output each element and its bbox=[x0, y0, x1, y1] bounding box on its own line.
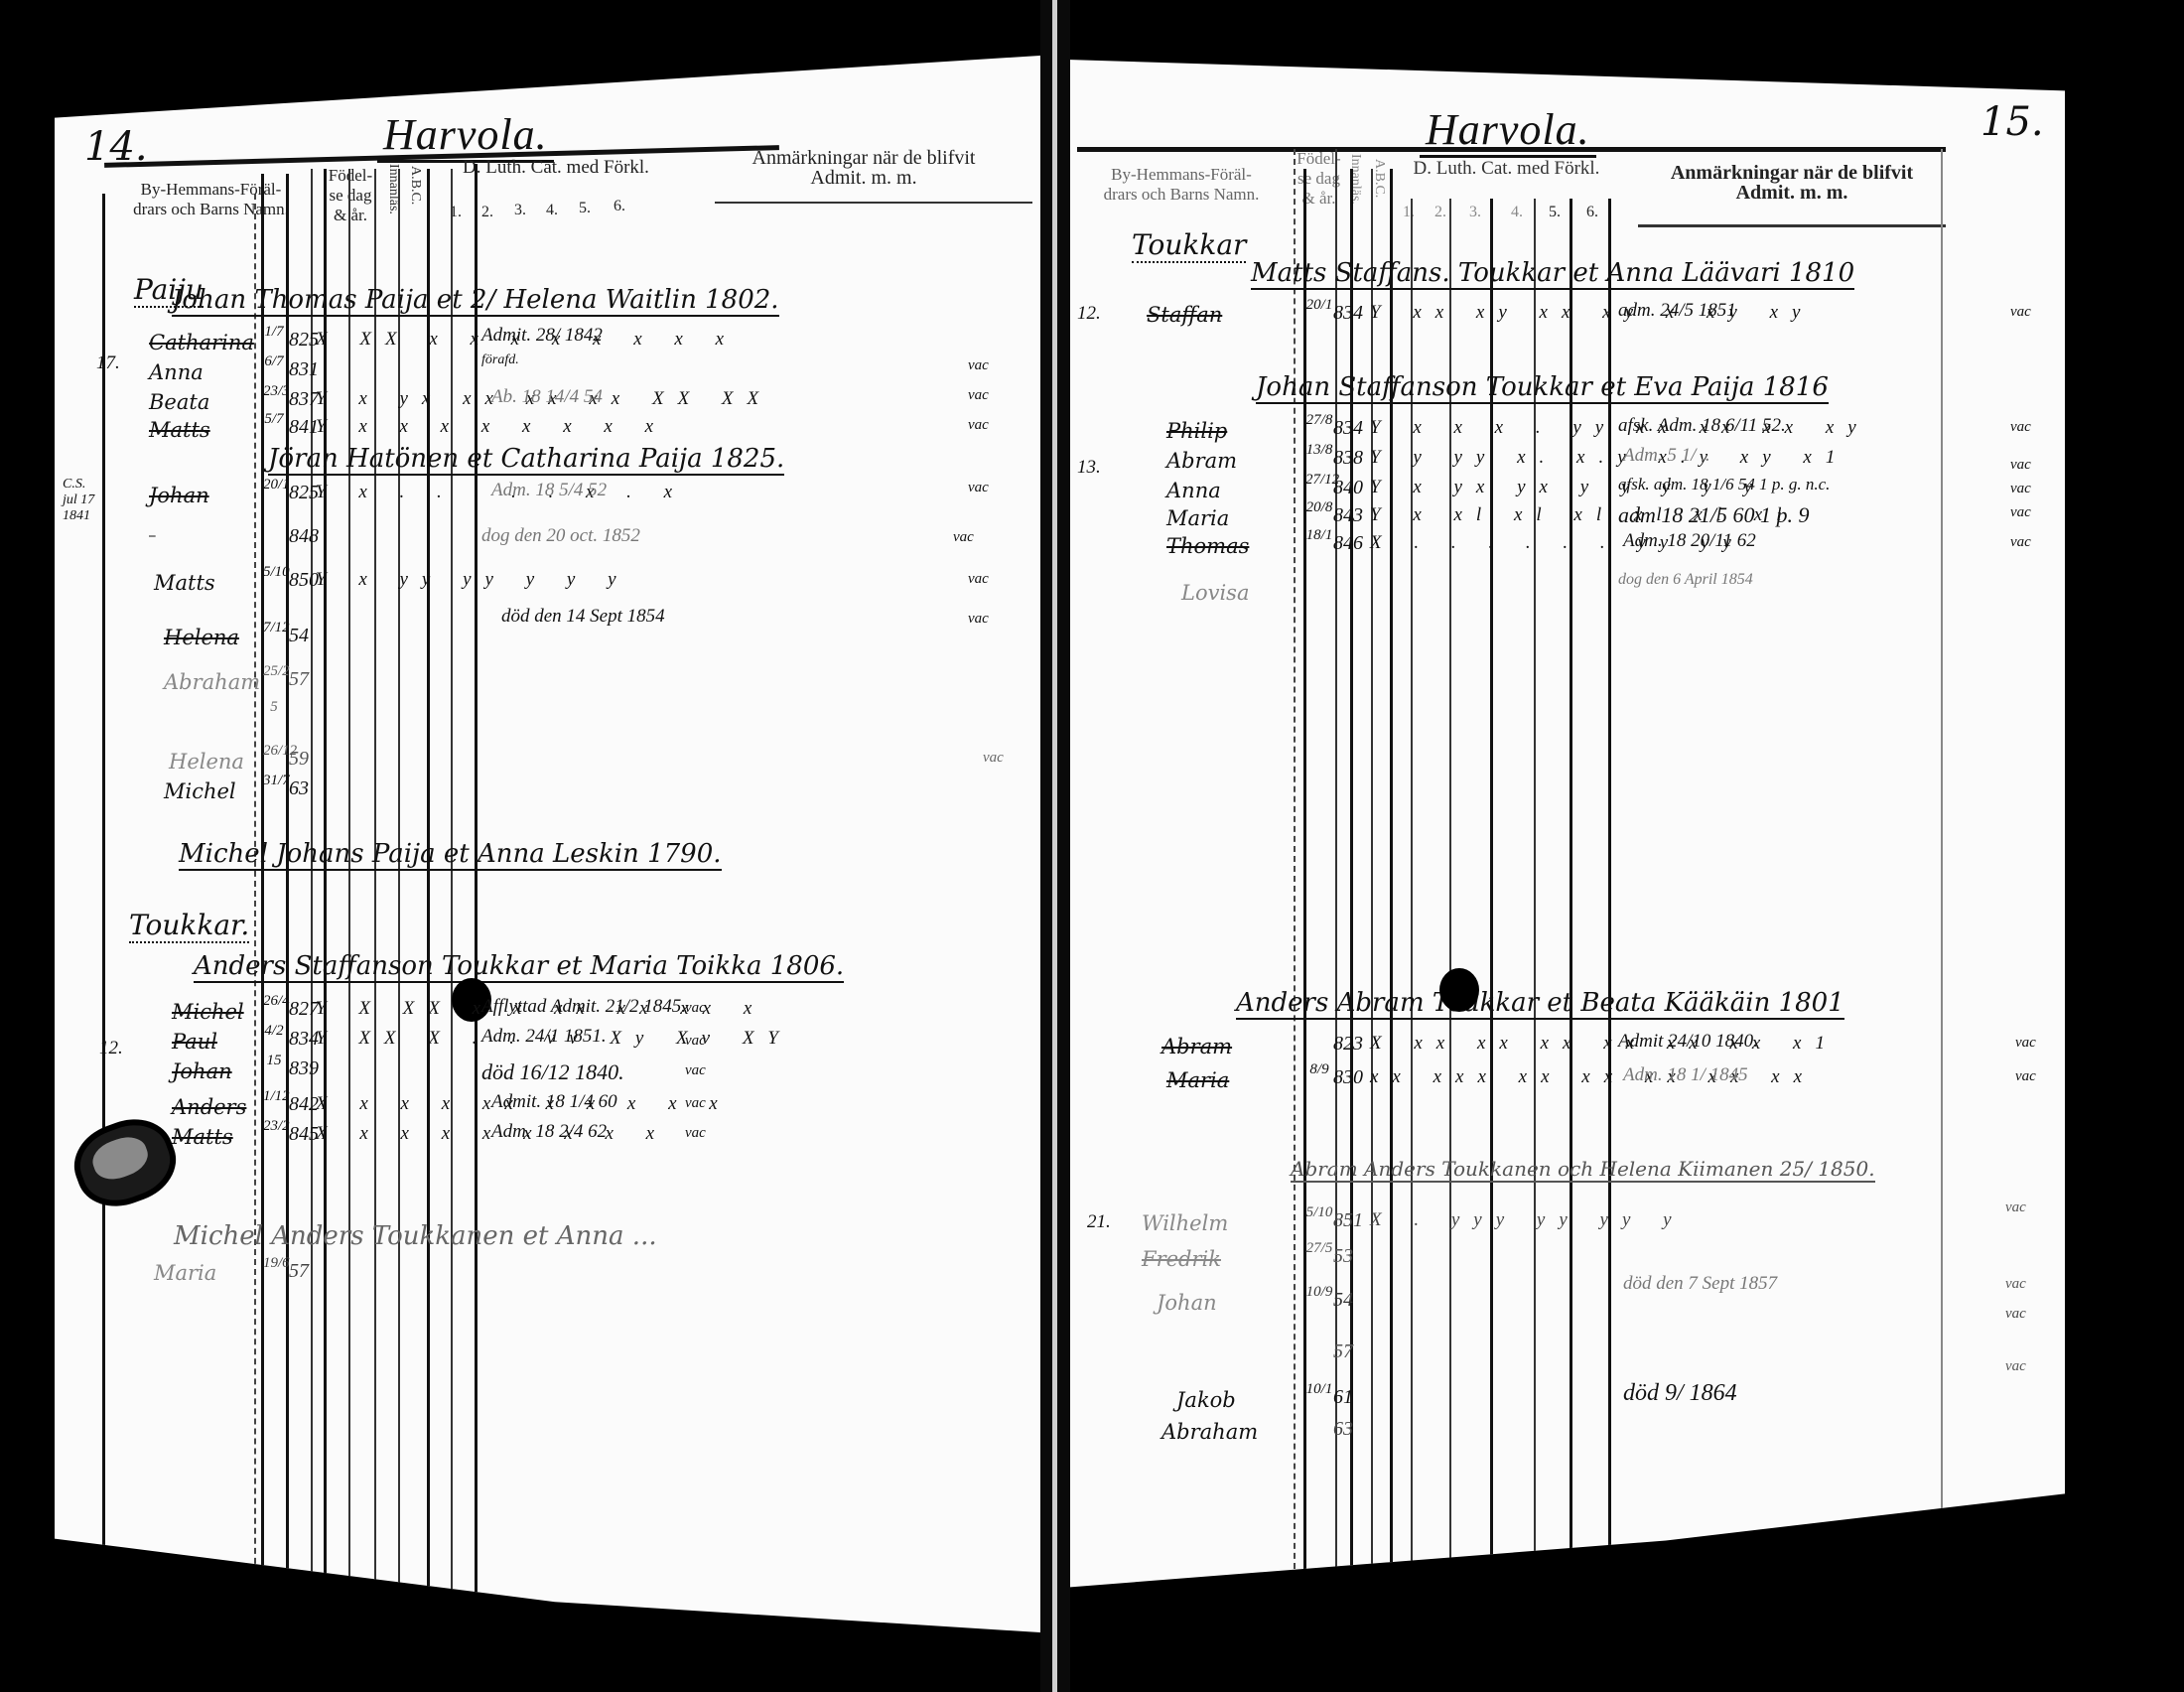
birth-year: 831 bbox=[289, 358, 319, 381]
family-heading: Abram Anders Toukkanen och Helena Kiiman… bbox=[1291, 1157, 1875, 1183]
column-line bbox=[102, 194, 105, 1614]
birth-day: 8/9 bbox=[1305, 1062, 1333, 1077]
birth-year: 834 bbox=[1333, 417, 1363, 440]
birth-year: 843 bbox=[1333, 504, 1363, 527]
member-name: Michel bbox=[164, 779, 236, 803]
member-name: Johan bbox=[149, 484, 209, 507]
member-name: Lovisa bbox=[1181, 581, 1249, 605]
margin-note: 17. bbox=[96, 352, 120, 374]
catechism-col-6: 6. bbox=[1586, 204, 1598, 221]
margin-note: 13. bbox=[1077, 457, 1101, 479]
member-name: Matts bbox=[172, 1125, 233, 1149]
member-name: Michel bbox=[172, 1000, 244, 1024]
member-name: Matts bbox=[154, 571, 215, 595]
birth-day: 1/7 bbox=[263, 325, 285, 340]
family-heading: Johan Thomas Paija et 2/ Helena Waitlin … bbox=[172, 285, 779, 317]
vac-mark: vac bbox=[685, 1000, 706, 1017]
member-name bbox=[174, 706, 223, 730]
remark: Adm. 18 2/4 62 bbox=[491, 1121, 607, 1143]
birth-year: 851 bbox=[1333, 1209, 1363, 1232]
birth-day: 25/2 bbox=[263, 664, 285, 679]
vac-mark: vac bbox=[685, 1062, 706, 1079]
column-line bbox=[324, 169, 327, 1599]
birth-year: 63 bbox=[1333, 1418, 1353, 1441]
column-line bbox=[451, 169, 453, 1599]
remark: Ab. 18 14/4 54 bbox=[491, 386, 603, 408]
left-page: 14. Harvola. By-Hemmans-Föräl- drars och… bbox=[55, 55, 1055, 1633]
birth-year: 53 bbox=[1333, 1245, 1353, 1268]
birth-day: 13/8 bbox=[1305, 443, 1333, 458]
catechism-col-4: 4. bbox=[1511, 204, 1523, 221]
header-remarks-rule bbox=[1638, 224, 1946, 227]
catechism-col-3: 3. bbox=[514, 202, 526, 219]
remark: Adm. 18 1/ 1845 bbox=[1623, 1064, 1748, 1086]
birth-year: 834 bbox=[289, 1028, 319, 1051]
remark: Adm. 18 5/4 52 bbox=[491, 480, 607, 501]
birth-day: 31/7 bbox=[263, 774, 285, 788]
member-name: Abraham bbox=[164, 670, 260, 694]
birth-year: 840 bbox=[1333, 477, 1363, 499]
header-rule bbox=[1077, 147, 1946, 152]
family-heading: Michel Anders Toukkanen et Anna ... bbox=[174, 1221, 657, 1253]
member-name: Helena bbox=[164, 626, 239, 649]
vac-mark: vac bbox=[2005, 1276, 2026, 1293]
remark: död den 14 Sept 1854 bbox=[501, 606, 665, 628]
birth-year: 61 bbox=[1333, 1386, 1353, 1409]
remark: Afflyttad Admit. 21/2 1845. bbox=[481, 996, 686, 1018]
remark: Admit. 18 1/4 60 bbox=[491, 1091, 617, 1113]
member-name: Paul bbox=[172, 1030, 217, 1054]
birth-day: 18/1 bbox=[1305, 528, 1333, 543]
member-name bbox=[149, 523, 238, 547]
remark: Admit. 28/ 1842 bbox=[481, 325, 603, 347]
family-heading: Jöran Hatönen et Catharina Paija 1825. bbox=[268, 444, 784, 476]
member-name: Anna bbox=[149, 360, 204, 384]
birth-year: 827 bbox=[289, 998, 319, 1021]
birth-year: 830 bbox=[1333, 1066, 1363, 1089]
remark: Adm. 18 20/11 62 bbox=[1623, 530, 1756, 552]
vac-mark: vac bbox=[968, 480, 989, 496]
remark: adm 18 21/5 60 1 p. 9 bbox=[1618, 502, 1810, 528]
column-line bbox=[1335, 149, 1337, 1589]
header-birth: Födel- se dag & år. bbox=[321, 166, 380, 225]
member-name: Matts bbox=[149, 418, 210, 442]
birth-day: 20/1 bbox=[263, 478, 285, 493]
vac-mark: vac bbox=[2010, 504, 2031, 521]
birth-day: 20/1 bbox=[1305, 298, 1333, 313]
margin-note: C.S. jul 17 1841 bbox=[63, 477, 102, 524]
vac-mark: vac bbox=[953, 529, 974, 546]
column-line bbox=[311, 169, 313, 1599]
birth-year: 823 bbox=[1333, 1033, 1363, 1056]
vac-mark: vac bbox=[2010, 534, 2031, 551]
vac-mark: vac bbox=[983, 750, 1004, 767]
vac-mark: vac bbox=[2010, 304, 2031, 321]
vac-mark: vac bbox=[2005, 1199, 2026, 1216]
column-line bbox=[1411, 199, 1413, 1599]
family-heading: Michel Johans Paija et Anna Leskin 1790. bbox=[179, 839, 722, 871]
birth-year: 57 bbox=[1333, 1340, 1353, 1363]
column-line bbox=[427, 169, 430, 1599]
birth-day: 19/6 bbox=[263, 1256, 285, 1271]
birth-day: 20/8 bbox=[1305, 500, 1333, 515]
birth-day: 5 bbox=[263, 700, 285, 715]
vac-mark: vac bbox=[968, 571, 989, 588]
member-name: Anders bbox=[172, 1095, 246, 1119]
binding-thread bbox=[1052, 0, 1057, 1692]
member-name: Wilhelm bbox=[1142, 1211, 1228, 1235]
remark: dog den 20 oct. 1852 bbox=[481, 525, 640, 547]
birth-year: 834 bbox=[1333, 302, 1363, 325]
birth-year: 57 bbox=[289, 1260, 309, 1283]
member-name: Beata bbox=[149, 390, 209, 414]
member-name: Abram bbox=[1161, 1035, 1232, 1058]
catechism-col-2: 2. bbox=[481, 204, 493, 221]
birth-year: 838 bbox=[1333, 447, 1363, 470]
family-heading: Johan Staffanson Toukkar et Eva Paija 18… bbox=[1256, 372, 1829, 404]
vac-mark: vac bbox=[2010, 481, 2031, 497]
column-line bbox=[1570, 199, 1572, 1599]
catechism-col-6: 6. bbox=[614, 198, 625, 215]
column-line bbox=[374, 169, 376, 1599]
birth-year: 842 bbox=[289, 1093, 319, 1116]
vac-mark: vac bbox=[2010, 457, 2031, 474]
member-name: Fredrik bbox=[1142, 1247, 1221, 1271]
column-line bbox=[1608, 199, 1611, 1599]
vac-mark: vac bbox=[968, 611, 989, 628]
birth-year: 63 bbox=[289, 777, 309, 800]
remark: förafd. bbox=[481, 352, 519, 368]
header-names: By-Hemmans-Föräl- drars och Barns Namn. bbox=[1072, 165, 1291, 205]
vac-mark: vac bbox=[685, 1125, 706, 1142]
birth-year: 54 bbox=[289, 625, 309, 647]
catechism-col-5: 5. bbox=[1549, 204, 1561, 221]
birth-day: 4/2 bbox=[263, 1024, 285, 1039]
remark: död 9/ 1864 bbox=[1623, 1380, 1737, 1407]
header-remarks-rule bbox=[715, 202, 1032, 204]
birth-day: 1/12 bbox=[263, 1089, 285, 1104]
header-abc: A.B.C. bbox=[407, 166, 423, 205]
column-line bbox=[1941, 149, 1943, 1599]
birth-day: 23/2 bbox=[263, 1119, 285, 1134]
vac-mark: vac bbox=[2015, 1035, 2036, 1052]
homestead-heading: Toukkar. bbox=[129, 909, 249, 943]
family-heading: Anders Abram Toukkar et Beata Kääkäin 18… bbox=[1236, 988, 1844, 1020]
column-line bbox=[1534, 199, 1536, 1599]
remark: död 16/12 1840. bbox=[481, 1059, 624, 1085]
family-heading: Matts Staffans. Toukkar et Anna Läävari … bbox=[1251, 258, 1854, 290]
vac-mark: vac bbox=[968, 387, 989, 404]
birth-day: 27/12 bbox=[1305, 473, 1333, 488]
vac-mark: vac bbox=[968, 417, 989, 434]
remark: Adm. 24/1 1851. bbox=[481, 1026, 607, 1048]
remark: Admit 24/10 1840. bbox=[1618, 1031, 1758, 1053]
catechism-col-4: 4. bbox=[546, 202, 558, 219]
birth-year: 850 bbox=[289, 569, 319, 592]
catechism-marks: Y y yy x. x.y x.y xy x1 bbox=[1370, 447, 1848, 469]
birth-day: 27/5 bbox=[1305, 1241, 1333, 1256]
birth-day: 6/7 bbox=[263, 354, 285, 369]
column-line bbox=[475, 164, 478, 1594]
birth-year: 54 bbox=[1333, 1289, 1353, 1312]
member-name: Philip bbox=[1166, 419, 1227, 443]
margin-note: 12. bbox=[1077, 303, 1101, 325]
birth-year: 837 bbox=[289, 388, 319, 411]
birth-day: 5/10 bbox=[1305, 1205, 1333, 1220]
birth-day: 15 bbox=[263, 1054, 285, 1068]
remark: Adm. 5 1/ .. bbox=[1623, 445, 1710, 467]
catechism-col-2: 2. bbox=[1434, 204, 1446, 221]
catechism-marks: xx xxx xx xx xx xx xx bbox=[1370, 1066, 1816, 1088]
birth-day: 23/3 bbox=[263, 384, 285, 399]
member-name: Jakob bbox=[1176, 1388, 1236, 1412]
member-name: Johan bbox=[1157, 1291, 1217, 1315]
vac-mark: vac bbox=[685, 1095, 706, 1112]
remark: afsk. Adm. 18 6/11 52. bbox=[1618, 415, 1786, 437]
column-line bbox=[1449, 199, 1451, 1599]
vac-mark: vac bbox=[2010, 419, 2031, 436]
right-page: 15. Harvola. By-Hemmans-Föräl- drars och… bbox=[1067, 60, 2065, 1619]
member-name: Johan bbox=[172, 1059, 232, 1083]
margin-note: 12. bbox=[99, 1038, 123, 1059]
member-name: Maria bbox=[154, 1261, 216, 1285]
book-gutter bbox=[1040, 0, 1070, 1692]
member-name: Helena bbox=[169, 750, 244, 774]
column-line bbox=[398, 169, 400, 1599]
catechism-marks: X xx xx xx xx xx xx x1 bbox=[1370, 1033, 1839, 1055]
vac-mark: vac bbox=[2005, 1358, 2026, 1375]
birth-day: 26/4 bbox=[263, 994, 285, 1009]
catechism-col-3: 3. bbox=[1469, 204, 1481, 221]
member-name: Staffan bbox=[1147, 303, 1222, 327]
member-name: Abraham bbox=[1161, 1420, 1258, 1444]
header-catechism: D. Luth. Cat. med Förkl. bbox=[1385, 159, 1628, 179]
remark: dog den 6 April 1854 bbox=[1618, 571, 1753, 589]
remark: död den 7 Sept 1857 bbox=[1623, 1273, 1777, 1295]
homestead-heading: Toukkar bbox=[1132, 228, 1246, 263]
vac-mark: vac bbox=[2005, 1306, 2026, 1323]
birth-day: 7/12 bbox=[263, 621, 285, 635]
member-name: Maria bbox=[1166, 1068, 1229, 1092]
birth-year: 825 bbox=[289, 329, 319, 352]
birth-year: 841 bbox=[289, 416, 319, 439]
column-line bbox=[254, 194, 256, 1614]
member-name: Abram bbox=[1166, 449, 1237, 473]
birth-day: 27/8 bbox=[1305, 413, 1333, 428]
birth-day: 26/12 bbox=[263, 744, 285, 759]
catechism-marks: Y x x x x x x x x bbox=[316, 416, 667, 438]
member-name: Thomas bbox=[1166, 534, 1249, 558]
header-remarks: Anmärkningar när de blifvit Admit. m. m. bbox=[1633, 163, 1951, 203]
member-name: Catharina bbox=[149, 331, 254, 354]
column-line bbox=[1294, 149, 1296, 1589]
vac-mark: vac bbox=[685, 1033, 706, 1050]
birth-day: 10/9 bbox=[1305, 1285, 1333, 1300]
birth-year: 845 bbox=[289, 1123, 319, 1146]
birth-year: 848 bbox=[289, 525, 319, 548]
catechism-marks: Y xx xy xx xy x xy xy bbox=[1370, 302, 1814, 324]
birth-day: 5/7 bbox=[263, 412, 285, 427]
margin-note: 21. bbox=[1087, 1211, 1111, 1233]
catechism-col-5: 5. bbox=[579, 200, 591, 217]
birth-year: 825 bbox=[289, 482, 319, 504]
family-heading: Anders Staffanson Toukkar et Maria Toikk… bbox=[194, 951, 844, 983]
birth-year: 59 bbox=[289, 748, 309, 771]
remark: afsk. adm. 18 1/6 54 1 p. g. n.c. bbox=[1618, 475, 1830, 494]
birth-day: 10/1 bbox=[1305, 1382, 1333, 1397]
header-remarks: Anmärkningar när de blifvit Admit. m. m. bbox=[695, 148, 1032, 188]
vac-mark: vac bbox=[2015, 1068, 2036, 1085]
birth-year: 57 bbox=[289, 668, 309, 691]
column-line bbox=[348, 169, 350, 1599]
column-line bbox=[1490, 199, 1493, 1599]
remark: adm. 24/5 1851 bbox=[1618, 300, 1736, 322]
catechism-col-1: 1. bbox=[1403, 204, 1415, 221]
header-catechism: D. Luth. Cat. med Förkl. bbox=[432, 158, 680, 178]
catechism-marks: Y x yy yy y y y bbox=[316, 569, 630, 591]
vac-mark: vac bbox=[968, 357, 989, 374]
birth-year: 839 bbox=[289, 1057, 319, 1080]
birth-day: 5/10 bbox=[263, 565, 285, 580]
ink-blot bbox=[1439, 968, 1479, 1012]
page-number: 15. bbox=[1980, 99, 2044, 145]
member-name: Anna bbox=[1166, 479, 1221, 502]
birth-year: 846 bbox=[1333, 532, 1363, 555]
catechism-marks: X . yyy yy yy y bbox=[1370, 1209, 1686, 1231]
member-name: Maria bbox=[1166, 506, 1229, 530]
header-birth: Födel- se dag & år. bbox=[1292, 149, 1346, 209]
